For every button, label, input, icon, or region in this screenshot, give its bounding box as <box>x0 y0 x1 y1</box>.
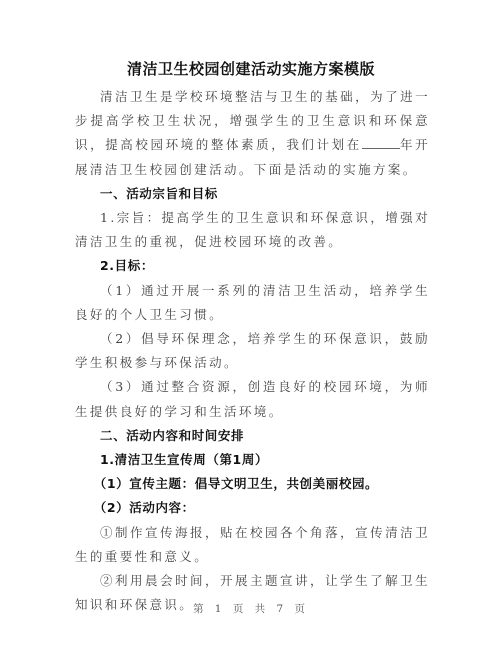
section2-heading: 二、活动内容和时间安排 <box>75 424 430 448</box>
goal-item-1: （1）通过开展一系列的清洁卫生活动，培养学生良好的个人卫生习惯。 <box>75 279 430 327</box>
purpose-paragraph: 1.宗旨：提高学生的卫生意识和环保意识，增强对清洁卫生的重视，促进校园环境的改善… <box>75 206 430 254</box>
year-blank <box>362 136 400 149</box>
document-page: 清洁卫生校园创建活动实施方案模版 清洁卫生是学校环境整洁与卫生的基础，为了进一步… <box>0 0 502 649</box>
page-footer: 第 1 页 共 7 页 <box>0 601 502 616</box>
theme-heading: （1）宣传主题：倡导文明卫生，共创美丽校园。 <box>75 472 430 496</box>
content-item-1: ①制作宣传海报，贴在校园各个角落，宣传清洁卫生的重要性和意义。 <box>75 521 430 569</box>
goals-heading: 2.目标： <box>75 254 430 278</box>
goal-item-3: （3）通过整合资源，创造良好的校园环境，为师生提供良好的学习和生活环境。 <box>75 375 430 423</box>
document-title: 清洁卫生校园创建活动实施方案模版 <box>0 58 502 79</box>
intro-paragraph: 清洁卫生是学校环境整洁与卫生的基础，为了进一步提高学校卫生状况，增强学生的卫生意… <box>75 85 430 182</box>
week1-heading: 1.清洁卫生宣传周（第1周） <box>75 448 430 472</box>
document-body: 清洁卫生是学校环境整洁与卫生的基础，为了进一步提高学校卫生状况，增强学生的卫生意… <box>75 85 430 617</box>
goal-item-2: （2）倡导环保理念，培养学生的环保意识，鼓励学生积极参与环保活动。 <box>75 327 430 375</box>
section1-heading: 一、活动宗旨和目标 <box>75 182 430 206</box>
content-heading: （2）活动内容： <box>75 496 430 520</box>
